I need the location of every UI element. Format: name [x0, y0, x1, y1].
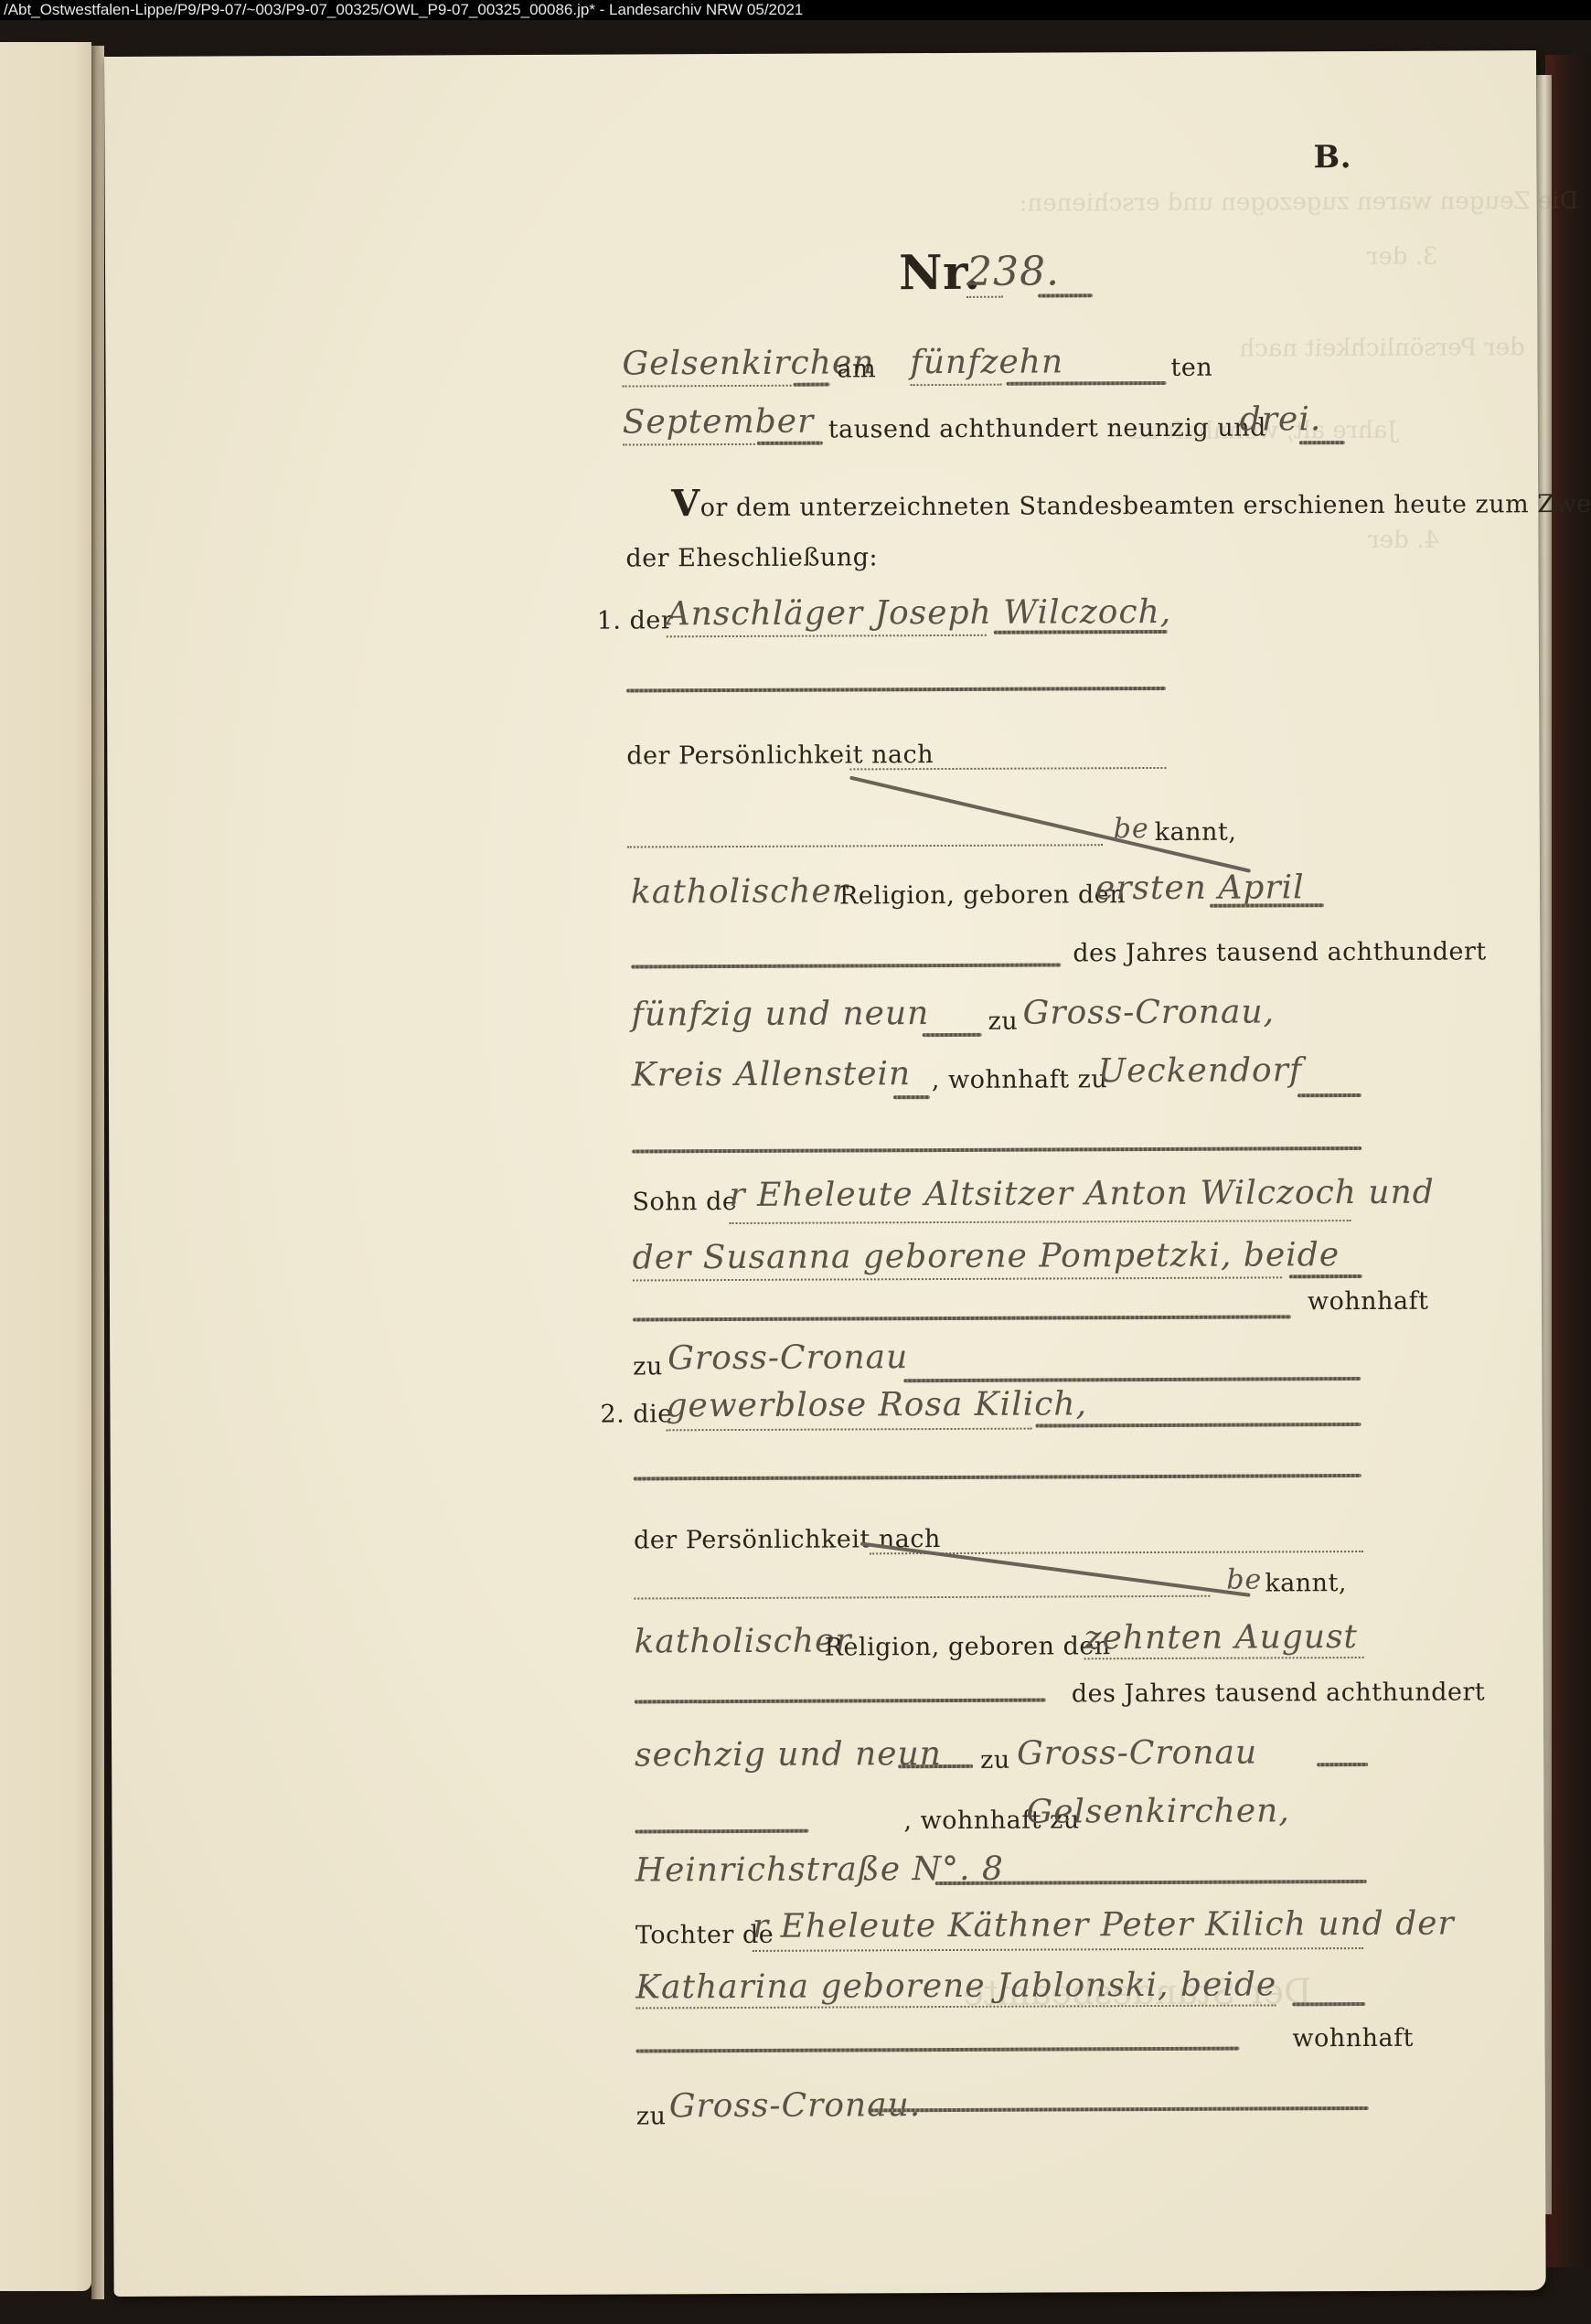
- bride-blank-fillline: [634, 1474, 1361, 1480]
- place-dotline: [623, 385, 792, 388]
- groom-name-fillline: [994, 630, 1168, 634]
- bride-residence: Gelsenkirchen,: [1026, 1792, 1290, 1830]
- groom-identity-label: der Persönlichkeit nach: [626, 741, 934, 770]
- intro-line-1-text: or dem unterzeichneten Standesbeamten er…: [700, 490, 1591, 522]
- groom-parents-fillline-3: [633, 1315, 1291, 1321]
- month-dotline: [623, 443, 755, 446]
- day-fillline: [1007, 381, 1167, 386]
- bride-parents-residence: Gross-Cronau.: [669, 2086, 922, 2125]
- groom-birthplace: Gross-Cronau,: [1022, 993, 1275, 1031]
- number-fillline: [1038, 293, 1093, 297]
- groom-residence-fillline: [1297, 1093, 1361, 1097]
- place-fillline: [794, 383, 830, 387]
- groom-parents-line-2: der Susanna geborene Pompetzki, beide: [633, 1236, 1340, 1276]
- month-fillline: [757, 442, 823, 445]
- number-dotline: [966, 296, 1003, 298]
- groom-name-dotline: [667, 634, 987, 638]
- groom-parents-label: Sohn de: [632, 1188, 737, 1217]
- bride-religion-hand: katholischer: [634, 1622, 851, 1660]
- am-label: am: [837, 355, 876, 383]
- groom-index: 1. der: [597, 606, 674, 634]
- bride-identity-strike: [860, 1541, 1251, 1596]
- bride-name-fillline: [1036, 1423, 1361, 1428]
- bride-identity-suffix: kannt,: [1265, 1569, 1347, 1597]
- groom-year-fillline: [631, 963, 1061, 968]
- bride-name-dotline: [667, 1428, 1032, 1432]
- bride-name: gewerblose Rosa Kilich,: [666, 1385, 1087, 1424]
- day-value: fünfzehn: [910, 343, 1063, 381]
- bride-birthyear-fillline: [898, 1764, 973, 1768]
- bride-religion-label: Religion, geboren den: [825, 1632, 1111, 1661]
- groom-identity-suffix: kannt,: [1155, 818, 1237, 847]
- bride-date-dotline: [1084, 1657, 1364, 1659]
- groom-district-fillline: [893, 1095, 930, 1099]
- bride-parents-zu: zu: [636, 2102, 667, 2130]
- bride-birthplace-fillline: [1317, 1763, 1368, 1766]
- bride-known-dotline: [634, 1595, 1210, 1600]
- groom-known-dotline: [627, 844, 1103, 848]
- groom-identity-hand: be: [1114, 813, 1149, 845]
- bleed-text: 3. der: [1367, 243, 1438, 271]
- groom-blank-fillline: [626, 687, 1166, 693]
- bride-parents-residence-fillline: [870, 2106, 1369, 2112]
- ten-label: ten: [1170, 354, 1212, 382]
- bleed-text: Die Zeugen waren zugezogen und erschiene…: [1020, 187, 1579, 218]
- bride-parents-line-1: r Eheleute Käthner Peter Kilich und der: [753, 1905, 1455, 1946]
- intro-initial: V: [671, 482, 700, 525]
- groom-blank-fillline-2: [632, 1146, 1361, 1153]
- year-fillline: [1299, 441, 1345, 444]
- form-letter: B.: [1313, 139, 1351, 176]
- groom-parents-fillline-2: [1289, 1274, 1362, 1278]
- groom-parents-line-1: r Eheleute Altsitzer Anton Wilczoch und: [729, 1174, 1435, 1214]
- groom-religion-label: Religion, geboren den: [839, 880, 1126, 910]
- groom-parents-dotline-2: [633, 1276, 1282, 1281]
- groom-religion-hand: katholischer: [631, 872, 849, 911]
- groom-year-label: des Jahres tausend achthundert: [1073, 937, 1487, 967]
- bride-parents-dotline-1: [753, 1947, 1363, 1952]
- bride-parents-fillline-3: [636, 2047, 1240, 2053]
- year-printed: tausend achthundert neunzig und: [828, 413, 1266, 443]
- groom-identity-dotline: [849, 767, 1166, 771]
- month-value: September: [623, 403, 815, 442]
- groom-district: Kreis Allenstein: [632, 1055, 911, 1093]
- groom-parents-dotline-1: [730, 1220, 1351, 1224]
- groom-birth-year: fünfzig und neun: [631, 995, 929, 1033]
- bride-year-fillline: [635, 1699, 1046, 1704]
- bride-residence-fillline: [635, 1829, 808, 1834]
- bride-year-label: des Jahres tausend achthundert: [1072, 1678, 1486, 1708]
- groom-date-fillline: [1210, 903, 1324, 908]
- bleed-text: der Persönlichkeit nach: [1239, 334, 1524, 362]
- book-cover-edge: [1545, 55, 1591, 2267]
- intro-line-2: der Eheschließung:: [625, 543, 878, 572]
- intro-line-1: Vor dem unterzeichneten Standesbeamten e…: [671, 478, 1591, 526]
- bride-identity-label: der Persönlichkeit nach: [634, 1525, 941, 1554]
- bride-street-fillline: [935, 1880, 1367, 1885]
- bride-birth-year: sechzig und neun: [635, 1735, 942, 1774]
- groom-parents-residence: Gross-Cronau: [667, 1338, 908, 1377]
- register-page: Die Zeugen waren zugezogen und erschiene…: [104, 50, 1546, 2297]
- groom-parents-zu: zu: [633, 1352, 663, 1381]
- groom-birthyear-fillline: [923, 1033, 982, 1037]
- archive-path-bar: /Abt_Ostwestfalen-Lippe/P9/P9-07/~003/P9…: [0, 0, 1591, 20]
- groom-zu: zu: [988, 1007, 1019, 1036]
- bride-zu: zu: [980, 1746, 1010, 1775]
- bride-parents-line-2: Katharina geborene Jablonski, beide: [635, 1966, 1276, 2006]
- groom-birth-date: ersten April: [1095, 869, 1305, 907]
- bride-birthplace: Gross-Cronau: [1017, 1734, 1257, 1773]
- groom-parents-residence-label: wohnhaft: [1308, 1287, 1429, 1317]
- left-page: [0, 42, 91, 2291]
- bride-index: 2. die: [600, 1400, 672, 1428]
- bride-identity-hand: be: [1226, 1563, 1262, 1595]
- bride-parents-residence-label: wohnhaft: [1292, 2024, 1414, 2053]
- bride-birth-date: zehnten August: [1084, 1618, 1358, 1657]
- bleed-text: 4. der: [1368, 527, 1439, 554]
- book-gutter: [91, 46, 104, 2299]
- bride-parents-fillline-2: [1292, 2002, 1365, 2006]
- groom-residence: Ueckendorf: [1098, 1051, 1303, 1090]
- year-hand: drei.: [1240, 400, 1322, 438]
- groom-residence-label: , wohnhaft zu: [932, 1065, 1107, 1094]
- groom-name: Anschläger Joseph Wilczoch,: [667, 593, 1172, 633]
- day-dotline: [911, 384, 1002, 386]
- groom-parents-residence-fillline: [903, 1377, 1361, 1382]
- number-value: 238.: [966, 248, 1060, 294]
